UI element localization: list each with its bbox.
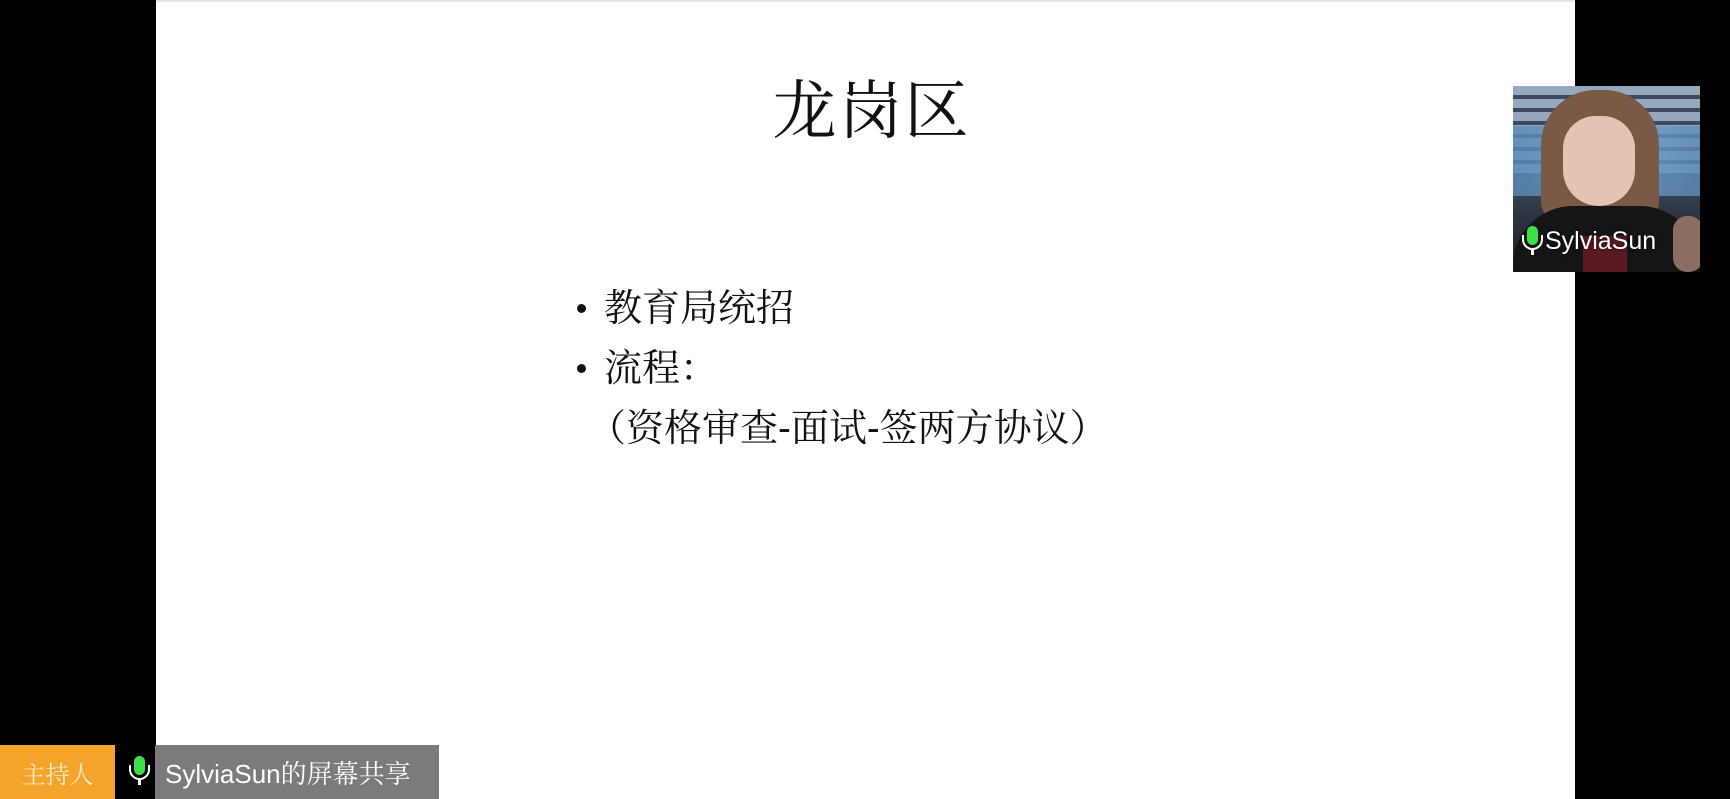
bullet-dot-icon bbox=[577, 364, 586, 373]
participant-name: SylviaSun bbox=[1545, 227, 1656, 256]
bullet-item: 教育局统招 bbox=[574, 278, 1108, 338]
screen-share-label: SylviaSun的屏幕共享 bbox=[155, 745, 439, 799]
shared-screen-slide: 龙岗区 教育局统招 流程： （资格审查-面试-签两方协议） bbox=[156, 0, 1575, 799]
bullet-dot-icon bbox=[577, 304, 586, 313]
host-badge: 主持人 bbox=[0, 745, 115, 799]
participant-hand bbox=[1673, 216, 1700, 272]
slide-body: 教育局统招 流程： （资格审查-面试-签两方协议） bbox=[574, 278, 1108, 458]
slide-title: 龙岗区 bbox=[156, 60, 1575, 152]
microphone-icon bbox=[1519, 226, 1545, 256]
bullet-text: 流程： bbox=[604, 338, 718, 398]
participant-face bbox=[1563, 116, 1635, 206]
process-steps: （资格审查-面试-签两方协议） bbox=[574, 398, 1108, 458]
participant-video-tile[interactable]: SylviaSun bbox=[1513, 86, 1700, 272]
participant-name-label: SylviaSun bbox=[1519, 226, 1656, 256]
microphone-icon bbox=[126, 756, 152, 786]
bullet-item: 流程： bbox=[574, 338, 1108, 398]
bullet-text: 教育局统招 bbox=[604, 278, 794, 338]
